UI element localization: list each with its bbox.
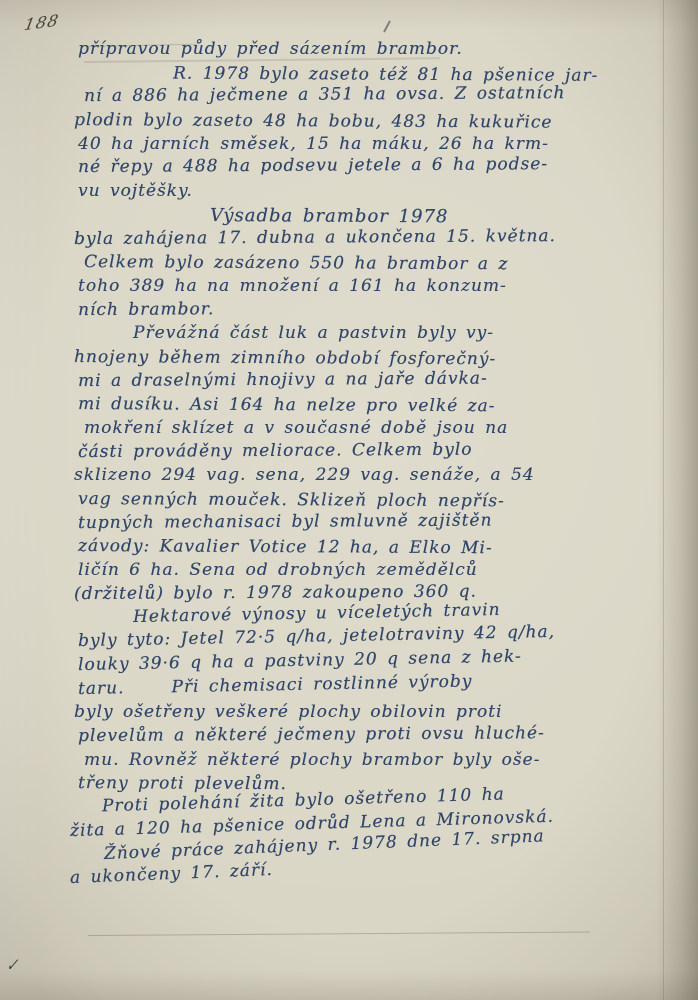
page-number: 188 (23, 11, 61, 34)
manuscript-line: mi a draselnými hnojivy a na jaře dávka- (78, 366, 664, 393)
manuscript-line: ní a 886 ha ječmene a 351 ha ovsa. Z ost… (84, 82, 664, 109)
manuscript-line: né řepy a 488 ha podsevu jetele a 6 ha p… (78, 153, 664, 180)
manuscript-line: byla zahájena 17. dubna a ukončena 15. k… (74, 224, 664, 251)
footer-rule (88, 931, 590, 936)
manuscript-line: sklizeno 294 vag. sena, 229 vag. senáže,… (74, 464, 664, 488)
manuscript-line: plodin bylo zaseto 48 ha bobu, 483 ha ku… (74, 109, 664, 136)
manuscript-line: přípravou půdy před sázením brambor. (78, 38, 664, 62)
manuscript-line: ních brambor. (78, 295, 664, 322)
manuscript-line: mi dusíku. Asi 164 ha nelze pro velké za… (78, 393, 664, 420)
manuscript-line: Převážná část luk a pastvin byly vy- (78, 322, 664, 346)
stray-pen-stroke (383, 20, 391, 32)
manuscript-line: Celkem bylo zasázeno 550 ha brambor a z (84, 251, 664, 278)
manuscript-line: mu. Rovněž některé plochy brambor byly o… (84, 749, 664, 773)
manuscript-line: plevelům a některé ječmeny proti ovsu hl… (78, 721, 664, 748)
manuscript-line: závody: Kavalier Votice 12 ha, a Elko Mi… (78, 535, 664, 562)
corner-pen-mark: ✓ (6, 955, 19, 976)
page: 188 přípravou půdy před sázením brambor.… (0, 0, 698, 1000)
manuscript-text: přípravou půdy před sázením brambor. R. … (78, 38, 664, 891)
manuscript-line: vu vojtěšky. (78, 180, 664, 204)
manuscript-line: tupných mechanisaci byl smluvně zajištěn (78, 508, 664, 535)
manuscript-line: části prováděny meliorace. Celkem bylo (78, 437, 664, 464)
